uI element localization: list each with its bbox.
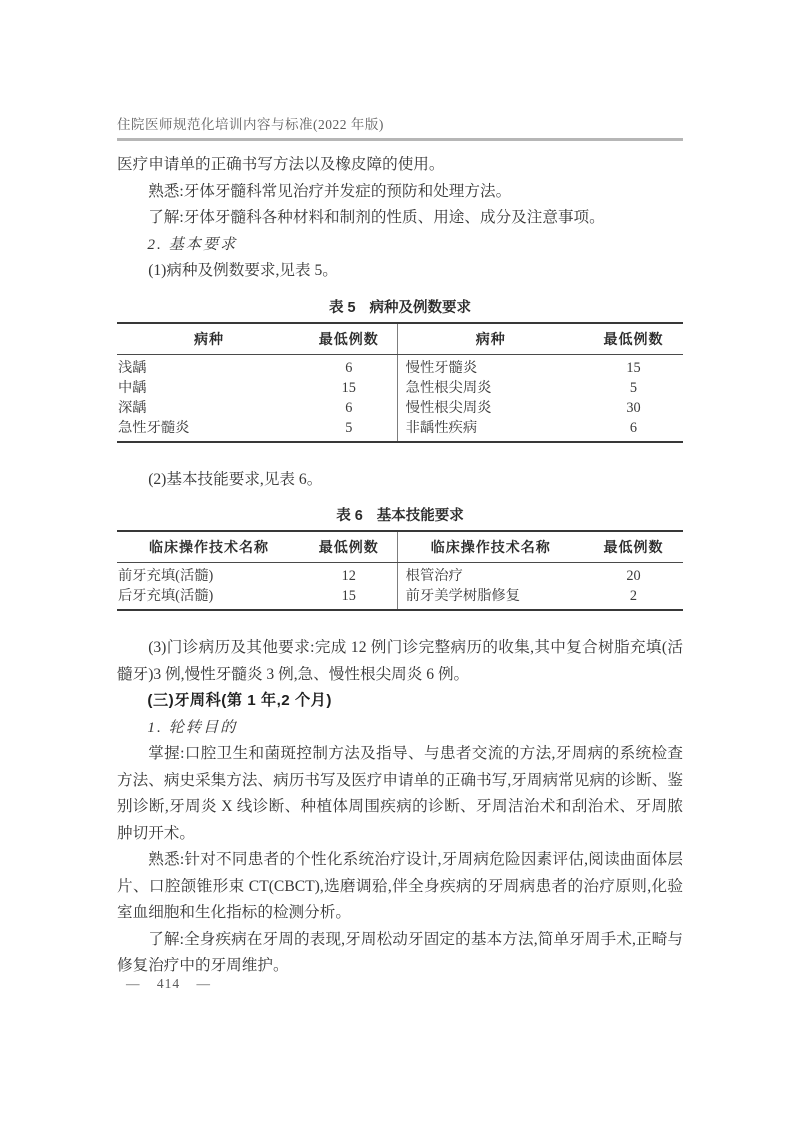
running-header: 住院医师规范化培训内容与标准(2022 年版) [117, 116, 683, 141]
cell-count: 5 [301, 418, 397, 442]
table-5: 病种最低例数病种最低例数浅龋6慢性牙髓炎15中龋15急性根尖周炎5深龋6慢性根尖… [117, 322, 683, 443]
paragraph: 掌握:口腔卫生和菌斑控制方法及指导、与患者交流的方法,牙周病的系统检查方法、病史… [117, 741, 683, 847]
paragraph: (3)门诊病历及其他要求:完成 12 例门诊完整病历的收集,其中复合树脂充填(活… [117, 635, 683, 688]
paragraph: (2)基本技能要求,见表 6。 [117, 467, 683, 494]
cell-count: 15 [301, 586, 397, 610]
cell-name: 深龋 [117, 398, 301, 418]
cell-name: 后牙充填(活髓) [117, 586, 301, 610]
header-row: 临床操作技术名称最低例数临床操作技术名称最低例数 [117, 531, 683, 563]
document-page: 住院医师规范化培训内容与标准(2022 年版) 医疗申请单的正确书写方法以及橡皮… [0, 0, 800, 1131]
table-row: 浅龋6慢性牙髓炎15 [117, 354, 683, 378]
table-6-caption: 表 6基本技能要求 [117, 505, 683, 527]
cell-count: 20 [584, 563, 683, 587]
paragraph: (1)病种及例数要求,见表 5。 [117, 258, 683, 285]
cell-name: 急性牙髓炎 [117, 418, 301, 442]
cell-count: 30 [584, 398, 683, 418]
column-header: 最低例数 [301, 531, 397, 563]
running-header-title: 住院医师规范化培训内容与标准(2022 年版) [117, 116, 683, 133]
paragraph: 2. 基本要求 [117, 232, 683, 259]
cell-name: 非龋性疾病 [397, 418, 584, 442]
table-caption-title: 病种及例数要求 [370, 300, 472, 316]
cell-count: 5 [584, 378, 683, 398]
table-caption-title: 基本技能要求 [377, 508, 464, 524]
column-header: 病种 [117, 323, 301, 355]
column-header: 临床操作技术名称 [117, 531, 301, 563]
page-number: — 414 — [126, 976, 211, 992]
paragraph: 了解:全身疾病在牙周的表现,牙周松动牙固定的基本方法,简单牙周手术,正畸与修复治… [117, 927, 683, 980]
paragraph: 熟悉:牙体牙髓科常见治疗并发症的预防和处理方法。 [117, 179, 683, 206]
paragraph: 1. 轮转目的 [117, 715, 683, 742]
table-6: 临床操作技术名称最低例数临床操作技术名称最低例数前牙充填(活髓)12根管治疗20… [117, 530, 683, 611]
column-header: 最低例数 [301, 323, 397, 355]
table-5-caption: 表 5病种及例数要求 [117, 297, 683, 319]
cell-count: 15 [584, 354, 683, 378]
table-row: 前牙充填(活髓)12根管治疗20 [117, 563, 683, 587]
cell-count: 6 [301, 354, 397, 378]
table-caption-label: 表 6 [336, 508, 363, 524]
table-caption-label: 表 5 [329, 300, 356, 316]
section-heading: (三)牙周科(第 1 年,2 个月) [117, 688, 683, 715]
column-header: 病种 [397, 323, 584, 355]
table-row: 中龋15急性根尖周炎5 [117, 378, 683, 398]
cell-count: 2 [584, 586, 683, 610]
paragraph: 医疗申请单的正确书写方法以及橡皮障的使用。 [117, 152, 683, 179]
cell-name: 根管治疗 [397, 563, 584, 587]
cell-count: 15 [301, 378, 397, 398]
table-row: 后牙充填(活髓)15前牙美学树脂修复2 [117, 586, 683, 610]
column-header: 最低例数 [584, 531, 683, 563]
cell-count: 12 [301, 563, 397, 587]
cell-name: 中龋 [117, 378, 301, 398]
header-row: 病种最低例数病种最低例数 [117, 323, 683, 355]
table-row: 急性牙髓炎5非龋性疾病6 [117, 418, 683, 442]
column-header: 最低例数 [584, 323, 683, 355]
cell-count: 6 [584, 418, 683, 442]
paragraph: 熟悉:针对不同患者的个性化系统治疗设计,牙周病危险因素评估,阅读曲面体层片、口腔… [117, 847, 683, 927]
column-header: 临床操作技术名称 [397, 531, 584, 563]
body-text: 医疗申请单的正确书写方法以及橡皮障的使用。熟悉:牙体牙髓科常见治疗并发症的预防和… [117, 152, 683, 980]
cell-name: 前牙美学树脂修复 [397, 586, 584, 610]
cell-name: 急性根尖周炎 [397, 378, 584, 398]
header-rule [117, 138, 683, 141]
cell-name: 前牙充填(活髓) [117, 563, 301, 587]
content-area: 住院医师规范化培训内容与标准(2022 年版) 医疗申请单的正确书写方法以及橡皮… [117, 116, 683, 980]
cell-name: 慢性牙髓炎 [397, 354, 584, 378]
cell-name: 慢性根尖周炎 [397, 398, 584, 418]
cell-count: 6 [301, 398, 397, 418]
paragraph: 了解:牙体牙髓科各种材料和制剂的性质、用途、成分及注意事项。 [117, 205, 683, 232]
table-row: 深龋6慢性根尖周炎30 [117, 398, 683, 418]
cell-name: 浅龋 [117, 354, 301, 378]
